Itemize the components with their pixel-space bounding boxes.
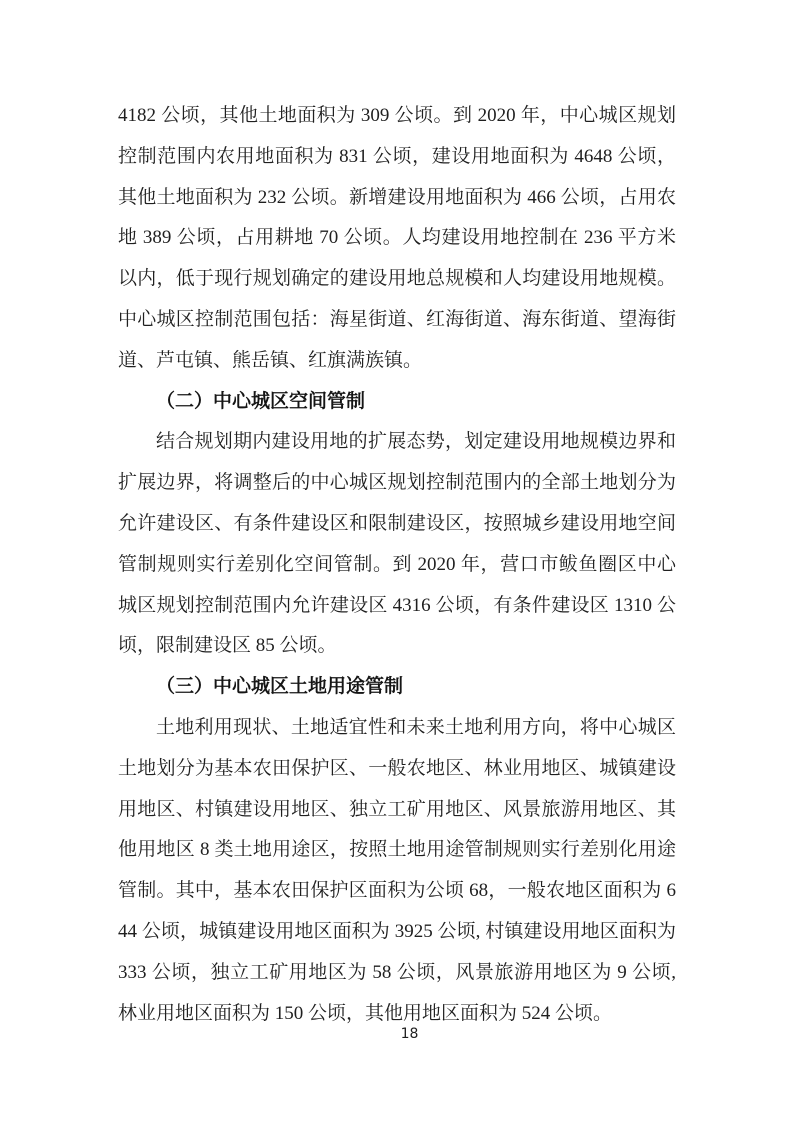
text-block: 4182 公顷，其他土地面积为 309 公顷。到 2020 年，中心城区规划控制… [118,96,676,1034]
heading-section-2-spatial-control: （二）中心城区空间管制 [118,382,676,423]
paragraph-land-use-control: 土地利用现状、土地适宜性和未来土地利用方向，将中心城区土地划分为基本农田保护区、… [118,708,676,1034]
page-number: 18 [13,1027,793,1041]
heading-section-3-land-use-control: （三）中心城区土地用途管制 [118,667,676,708]
paragraph-spatial-control: 结合规划期内建设用地的扩展态势，划定建设用地规模边界和扩展边界，将调整后的中心城… [118,422,676,667]
document-page: 4182 公顷，其他土地面积为 309 公顷。到 2020 年，中心城区规划控制… [0,0,793,1122]
paragraph-central-district-land-areas: 4182 公顷，其他土地面积为 309 公顷。到 2020 年，中心城区规划控制… [118,96,676,382]
